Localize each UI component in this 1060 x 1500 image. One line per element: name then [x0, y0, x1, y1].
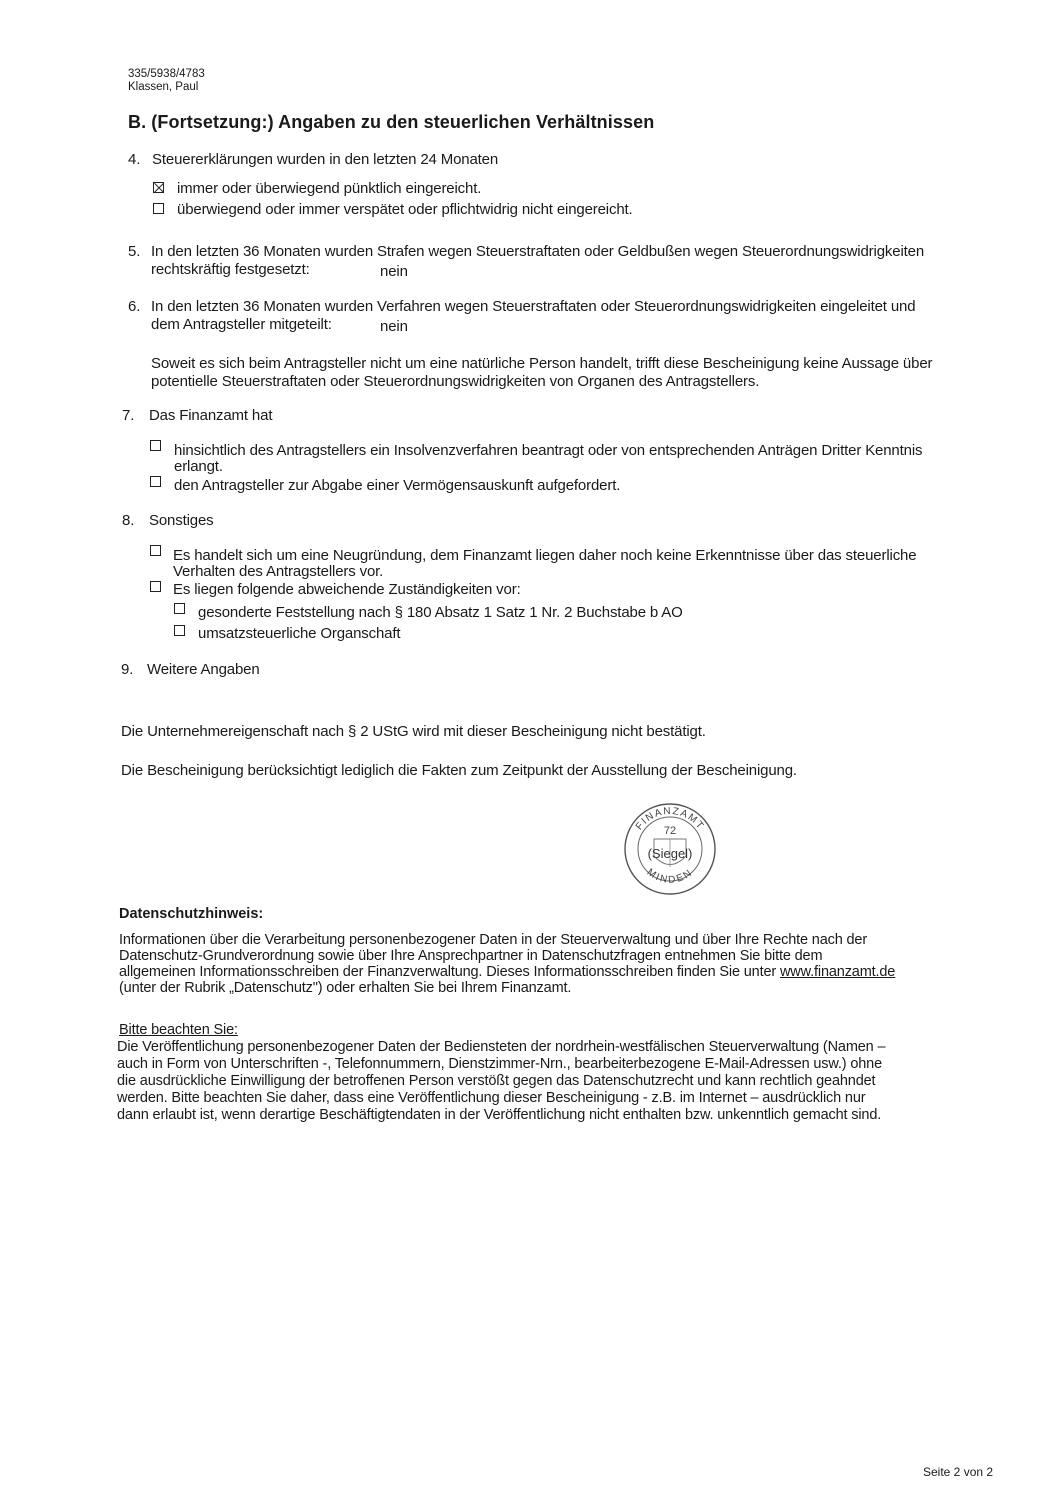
- item-6-note-line1: Soweit es sich beim Antragsteller nicht …: [151, 355, 932, 372]
- item-5-line2: rechtskräftig festgesetzt:: [151, 261, 310, 278]
- privacy-line-3-text: allgemeinen Informationsschreiben der Fi…: [119, 964, 776, 980]
- privacy-line-1: Informationen über die Verarbeitung pers…: [119, 932, 867, 948]
- item-7-number: 7.: [122, 407, 134, 424]
- item-5-line1: In den letzten 36 Monaten wurden Strafen…: [151, 243, 924, 260]
- reference-number: 335/5938/4783: [128, 68, 205, 81]
- notice-line-3: die ausdrückliche Einwilligung der betro…: [117, 1073, 875, 1089]
- option-vat-group-label: umsatzsteuerliche Organschaft: [198, 625, 400, 642]
- page-number: Seite 2 von 2: [923, 1465, 993, 1479]
- notice-line-2: auch in Form von Unterschriften -, Telef…: [117, 1056, 882, 1072]
- item-6-number: 6.: [128, 298, 140, 315]
- option-new-business-line1: Es handelt sich um eine Neugründung, dem…: [173, 547, 916, 564]
- item-6-note-line2: potentielle Steuerstraftaten oder Steuer…: [151, 373, 759, 390]
- checkbox-insolvency[interactable]: [150, 440, 161, 451]
- item-6-answer: nein: [380, 318, 408, 335]
- notice-line-1: Die Veröffentlichung personenbezogener D…: [117, 1039, 885, 1055]
- notice-line-5: dann erlaubt ist, wenn derartige Beschäf…: [117, 1107, 881, 1123]
- checkbox-separate-assessment[interactable]: [174, 603, 185, 614]
- item-4-label: Steuererklärungen wurden in den letzten …: [152, 151, 498, 168]
- privacy-line-3: allgemeinen Informationsschreiben der Fi…: [119, 964, 895, 980]
- notice-heading: Bitte beachten Sie:: [119, 1022, 238, 1038]
- privacy-line-2: Datenschutz-Grundverordnung sowie über I…: [119, 948, 822, 964]
- option-asset-disclosure-label: den Antragsteller zur Abgabe einer Vermö…: [174, 477, 620, 494]
- option-other-jurisdiction-label: Es liegen folgende abweichende Zuständig…: [173, 581, 521, 598]
- checkbox-late[interactable]: [153, 203, 164, 214]
- statement-entrepreneur: Die Unternehmereigenschaft nach § 2 UStG…: [121, 723, 706, 740]
- option-new-business-line2: Verhalten des Antragstellers vor.: [173, 563, 383, 580]
- section-title: B. (Fortsetzung:) Angaben zu den steuerl…: [128, 112, 654, 133]
- item-4-number: 4.: [128, 151, 140, 168]
- item-6-line1: In den letzten 36 Monaten wurden Verfahr…: [151, 298, 915, 315]
- seal-number: 72: [664, 825, 676, 837]
- privacy-heading: Datenschutzhinweis:: [119, 906, 263, 922]
- svg-text:MINDEN: MINDEN: [645, 867, 696, 886]
- statement-facts: Die Bescheinigung berücksichtigt ledigli…: [121, 762, 797, 779]
- checkbox-new-business[interactable]: [150, 545, 161, 556]
- finanzamt-link[interactable]: www.finanzamt.de: [780, 964, 895, 980]
- taxpayer-name: Klassen, Paul: [128, 81, 198, 94]
- item-6-line2: dem Antragsteller mitgeteilt:: [151, 316, 332, 333]
- option-insolvency-line2: erlangt.: [174, 458, 223, 475]
- option-insolvency-line1: hinsichtlich des Antragstellers ein Inso…: [174, 442, 922, 459]
- item-9-number: 9.: [121, 661, 133, 678]
- item-9-label: Weitere Angaben: [147, 661, 260, 678]
- seal-center-text: (Siegel): [648, 846, 693, 861]
- item-8-number: 8.: [122, 512, 134, 529]
- item-5-number: 5.: [128, 243, 140, 260]
- seal-bottom-text: MINDEN: [645, 867, 696, 886]
- option-punctual-label: immer oder überwiegend pünktlich eingere…: [177, 180, 481, 197]
- seal-icon: FINANZAMT MINDEN 72 (Siegel): [619, 801, 721, 897]
- item-7-label: Das Finanzamt hat: [149, 407, 272, 424]
- checkbox-vat-group[interactable]: [174, 625, 185, 636]
- option-separate-assessment-label: gesonderte Feststellung nach § 180 Absat…: [198, 604, 683, 621]
- option-late-label: überwiegend oder immer verspätet oder pf…: [177, 201, 633, 218]
- privacy-line-4: (unter der Rubrik „Datenschutz") oder er…: [119, 980, 571, 996]
- item-5-answer: nein: [380, 263, 408, 280]
- checkbox-other-jurisdiction[interactable]: [150, 581, 161, 592]
- checkbox-punctual[interactable]: [153, 182, 164, 193]
- notice-line-4: werden. Bitte beachten Sie daher, dass e…: [117, 1090, 865, 1106]
- item-8-label: Sonstiges: [149, 512, 214, 529]
- checkbox-asset-disclosure[interactable]: [150, 476, 161, 487]
- official-seal: FINANZAMT MINDEN 72 (Siegel): [619, 801, 721, 897]
